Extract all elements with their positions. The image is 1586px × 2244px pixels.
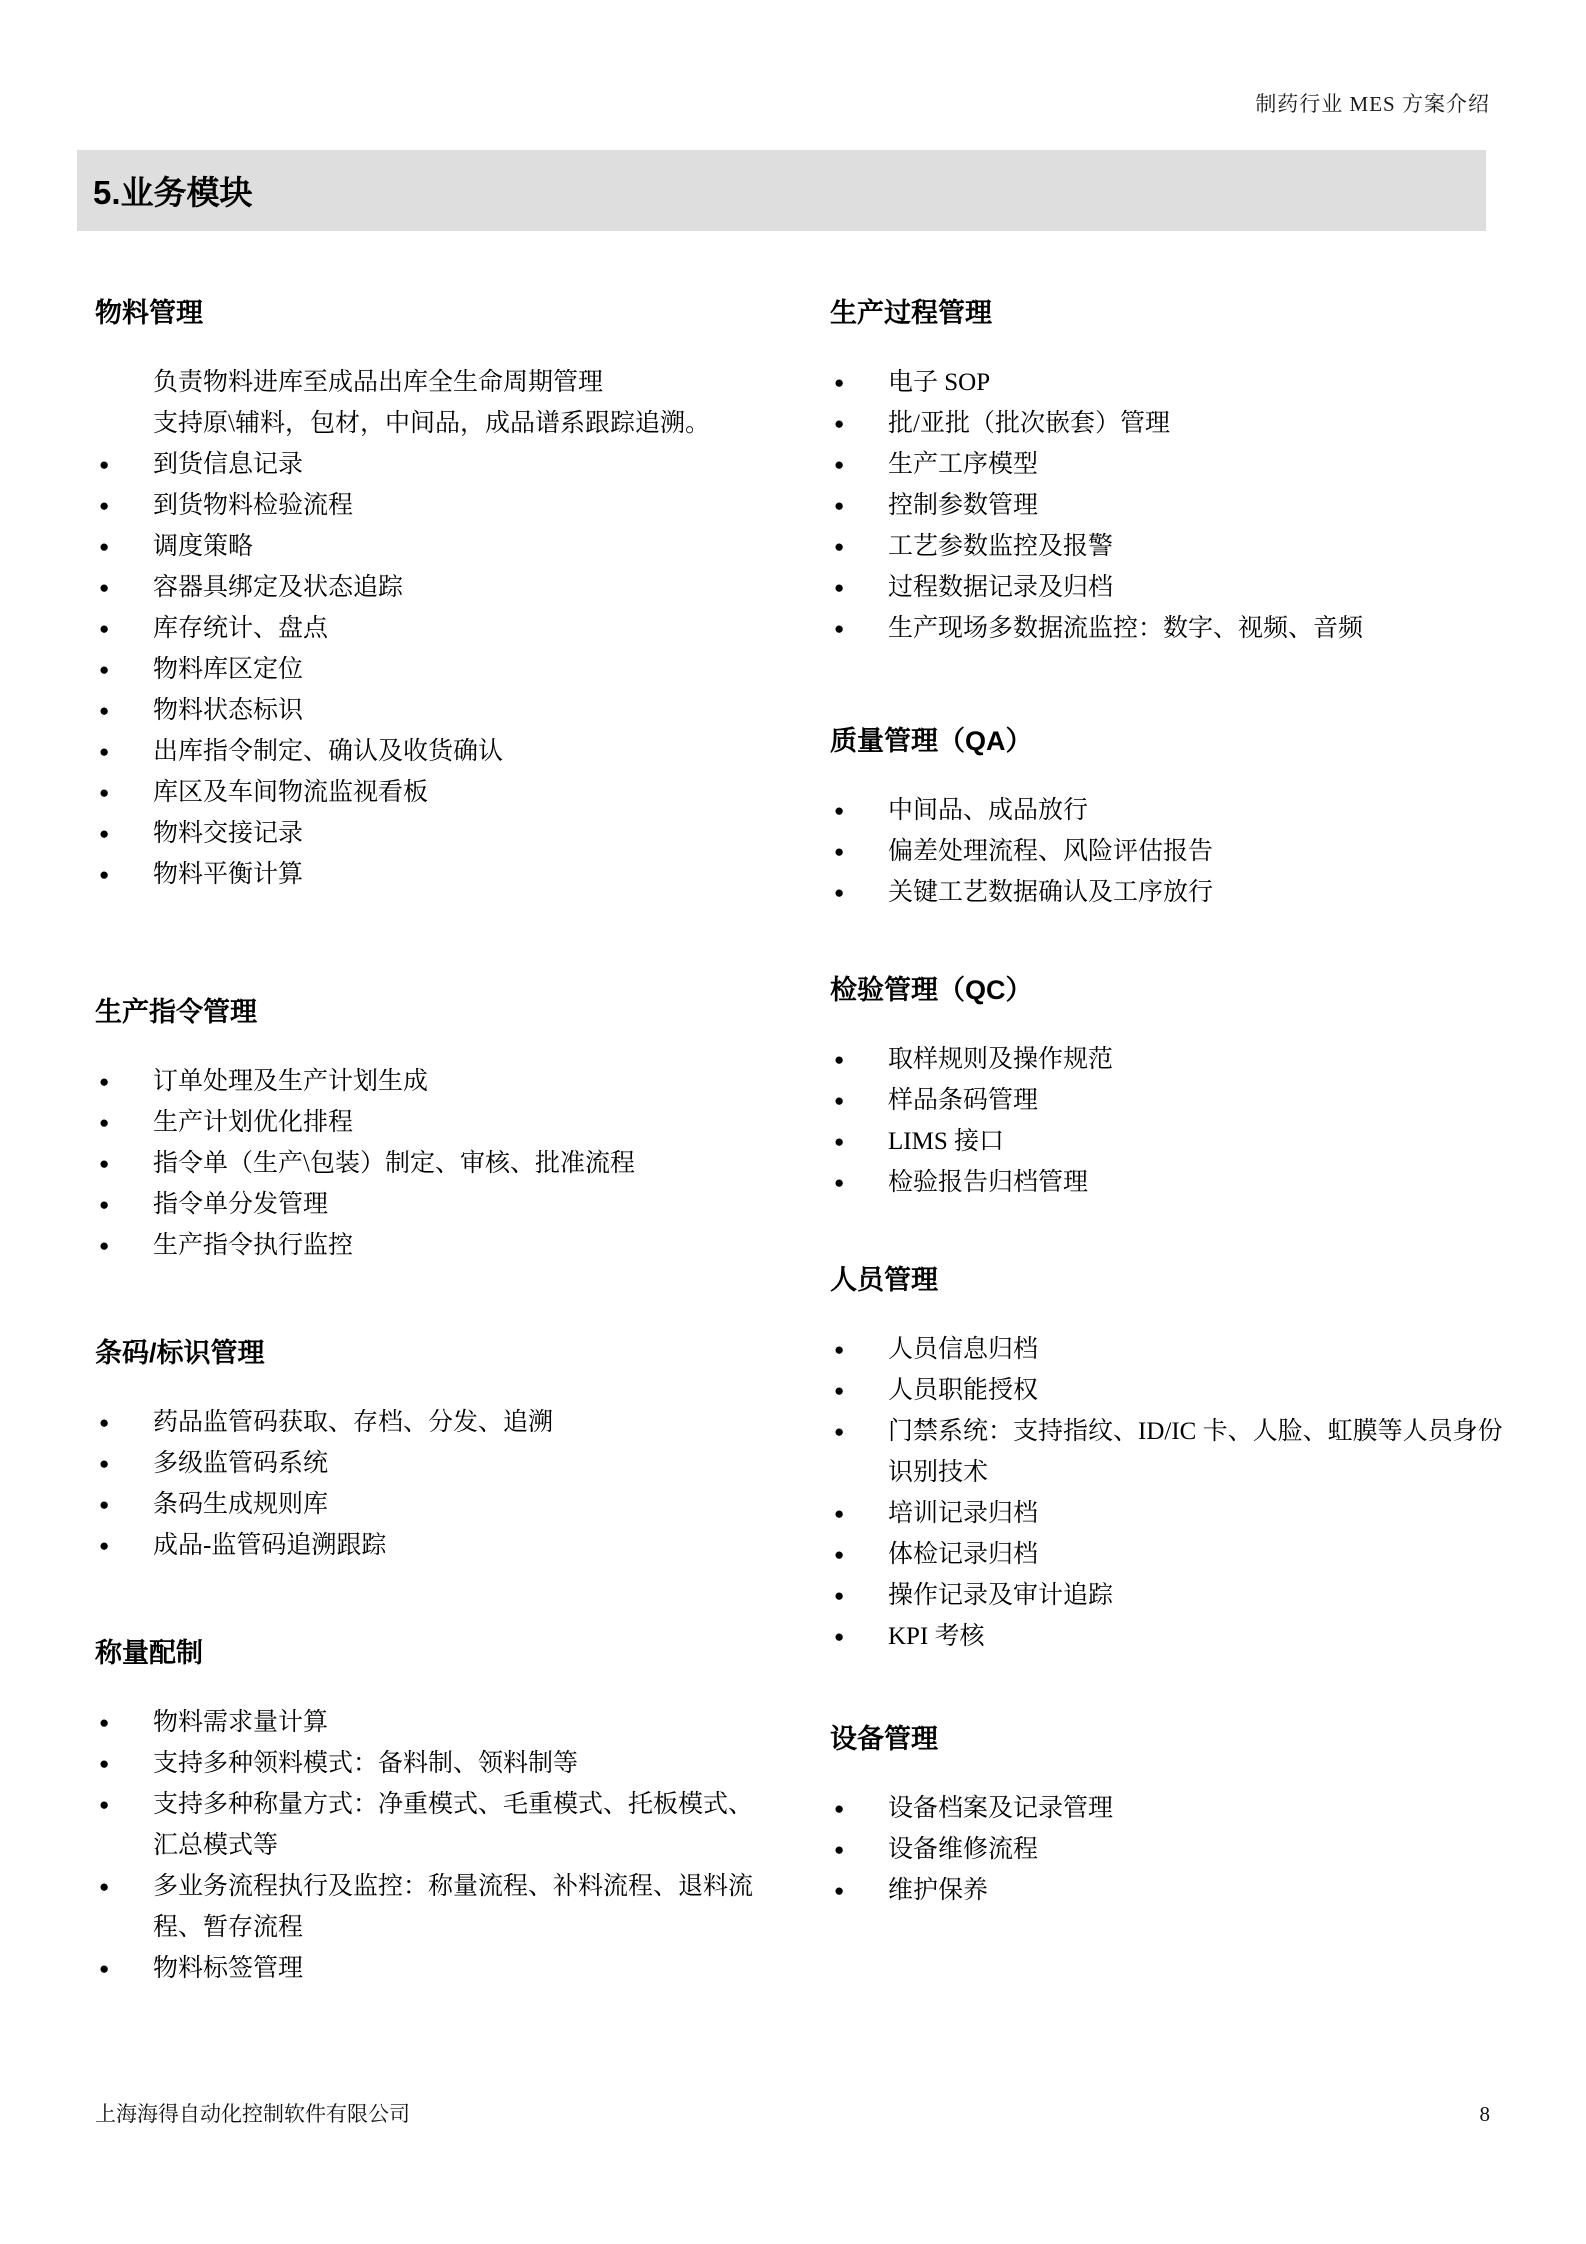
bullet-icon: ●	[834, 1616, 844, 1657]
bullet-item-label: 生产指令执行监控	[153, 1232, 353, 1259]
bullet-icon: ●	[834, 362, 844, 403]
bullet-icon: ●	[99, 690, 109, 731]
bullet-icon: ●	[99, 608, 109, 649]
bullet-item: ●检验报告归档管理	[830, 1162, 1512, 1203]
bullet-item: ●物料需求量计算	[95, 1702, 777, 1743]
bullet-item: ●出库指令制定、确认及收货确认	[95, 731, 777, 772]
bullet-item: ●人员职能授权	[830, 1370, 1512, 1411]
bullet-icon: ●	[99, 1102, 109, 1143]
bullet-item: ●批/亚批（批次嵌套）管理	[830, 403, 1512, 444]
bullet-item-label: 体检记录归档	[888, 1541, 1038, 1568]
bullet-icon: ●	[99, 1484, 109, 1525]
bullet-item: ●指令单分发管理	[95, 1184, 777, 1225]
bullet-item-label: 多业务流程执行及监控：称量流程、补料流程、退料流程、暂存流程	[153, 1873, 753, 1941]
bullet-icon: ●	[99, 485, 109, 526]
section-title: 质量管理（QA）	[830, 724, 1512, 758]
bullet-icon: ●	[834, 1080, 844, 1121]
bullet-icon: ●	[99, 1948, 109, 1989]
bullet-item: ●支持多种称量方式：净重模式、毛重模式、托板模式、汇总模式等	[95, 1784, 777, 1866]
bullet-item: ●生产指令执行监控	[95, 1225, 777, 1266]
bullet-item: ●支持多种领料模式：备料制、领料制等	[95, 1743, 777, 1784]
footer-company: 上海海得自动化控制软件有限公司	[95, 2098, 410, 2128]
section: 设备管理●设备档案及记录管理●设备维修流程●维护保养	[830, 1722, 1512, 1911]
bullet-icon: ●	[99, 772, 109, 813]
bullet-item-label: 到货物料检验流程	[153, 492, 353, 519]
bullet-icon: ●	[99, 567, 109, 608]
bullet-item: ●偏差处理流程、风险评估报告	[830, 831, 1512, 872]
bullet-icon: ●	[834, 872, 844, 913]
bullet-item-label: 库存统计、盘点	[153, 615, 328, 642]
document-page: 制药行业 MES 方案介绍 5.业务模块 物料管理负责物料进库至成品出库全生命周…	[0, 0, 1586, 2244]
right-column: 生产过程管理●电子 SOP●批/亚批（批次嵌套）管理●生产工序模型●控制参数管理…	[830, 0, 1512, 1911]
bullet-icon: ●	[834, 526, 844, 567]
bullet-icon: ●	[834, 1329, 844, 1370]
bullet-item: ●体检记录归档	[830, 1534, 1512, 1575]
bullet-item-label: 电子 SOP	[888, 369, 990, 396]
bullet-icon: ●	[834, 1162, 844, 1203]
bullet-item-label: 维护保养	[888, 1877, 988, 1904]
section-title: 称量配制	[95, 1636, 777, 1670]
bullet-item-label: 支持多种领料模式：备料制、领料制等	[153, 1750, 578, 1777]
bullet-icon: ●	[834, 1493, 844, 1534]
bullet-icon: ●	[99, 1784, 109, 1825]
bullet-item-label: 批/亚批（批次嵌套）管理	[888, 410, 1170, 437]
bullet-item: ●控制参数管理	[830, 485, 1512, 526]
section-title: 生产过程管理	[830, 296, 1512, 330]
section: 称量配制●物料需求量计算●支持多种领料模式：备料制、领料制等●支持多种称量方式：…	[95, 1636, 777, 1989]
bullet-item: ●订单处理及生产计划生成	[95, 1061, 777, 1102]
bullet-item: ●工艺参数监控及报警	[830, 526, 1512, 567]
bullet-item-label: 培训记录归档	[888, 1500, 1038, 1527]
section-title: 物料管理	[95, 296, 777, 330]
section: 检验管理（QC）●取样规则及操作规范●样品条码管理●LIMS 接口●检验报告归档…	[830, 973, 1512, 1203]
bullet-icon: ●	[834, 1411, 844, 1452]
section-title: 生产指令管理	[95, 995, 777, 1029]
bullet-item-label: 工艺参数监控及报警	[888, 533, 1113, 560]
bullet-icon: ●	[99, 813, 109, 854]
bullet-item: ●成品-监管码追溯跟踪	[95, 1525, 777, 1566]
bullet-item: ●容器具绑定及状态追踪	[95, 567, 777, 608]
bullet-item: ●物料库区定位	[95, 649, 777, 690]
bullet-item-label: 支持多种称量方式：净重模式、毛重模式、托板模式、汇总模式等	[153, 1791, 753, 1859]
bullet-item-label: 门禁系统：支持指纹、ID/IC 卡、人脸、虹膜等人员身份识别技术	[888, 1418, 1503, 1486]
bullet-item-label: 物料状态标识	[153, 697, 303, 724]
bullet-item: ●人员信息归档	[830, 1329, 1512, 1370]
bullet-item-label: 物料库区定位	[153, 656, 303, 683]
bullet-item-label: 药品监管码获取、存档、分发、追溯	[153, 1409, 553, 1436]
bullet-icon: ●	[834, 790, 844, 831]
bullet-icon: ●	[834, 608, 844, 649]
section: 生产过程管理●电子 SOP●批/亚批（批次嵌套）管理●生产工序模型●控制参数管理…	[830, 296, 1512, 649]
bullet-item: ●操作记录及审计追踪	[830, 1575, 1512, 1616]
left-column: 物料管理负责物料进库至成品出库全生命周期管理支持原\辅料，包材，中间品，成品谱系…	[95, 0, 777, 1989]
page-footer: 上海海得自动化控制软件有限公司 8	[95, 2098, 1490, 2128]
bullet-item-label: 过程数据记录及归档	[888, 574, 1113, 601]
bullet-item: ●电子 SOP	[830, 362, 1512, 403]
bullet-item-label: 订单处理及生产计划生成	[153, 1068, 428, 1095]
bullet-item-label: LIMS 接口	[888, 1128, 1004, 1155]
bullet-item-label: 容器具绑定及状态追踪	[153, 574, 403, 601]
bullet-item-label: 检验报告归档管理	[888, 1169, 1088, 1196]
bullet-icon: ●	[99, 1402, 109, 1443]
bullet-icon: ●	[834, 1788, 844, 1829]
bullet-item: ●培训记录归档	[830, 1493, 1512, 1534]
bullet-icon: ●	[99, 1061, 109, 1102]
bullet-icon: ●	[834, 1534, 844, 1575]
section: 条码/标识管理●药品监管码获取、存档、分发、追溯●多级监管码系统●条码生成规则库…	[95, 1336, 777, 1566]
bullet-icon: ●	[99, 1702, 109, 1743]
bullet-item: ●库区及车间物流监视看板	[95, 772, 777, 813]
bullet-icon: ●	[99, 526, 109, 567]
bullet-item: ●指令单（生产\包装）制定、审核、批准流程	[95, 1143, 777, 1184]
bullet-item: ●到货信息记录	[95, 444, 777, 485]
bullet-item: ●门禁系统：支持指纹、ID/IC 卡、人脸、虹膜等人员身份识别技术	[830, 1411, 1512, 1493]
bullet-item: ●药品监管码获取、存档、分发、追溯	[95, 1402, 777, 1443]
bullet-item-label: 取样规则及操作规范	[888, 1046, 1113, 1073]
bullet-item: ●物料状态标识	[95, 690, 777, 731]
bullet-item: ●生产计划优化排程	[95, 1102, 777, 1143]
bullet-item: ●物料标签管理	[95, 1948, 777, 1989]
bullet-item-label: 指令单（生产\包装）制定、审核、批准流程	[153, 1150, 635, 1177]
section-title: 人员管理	[830, 1263, 1512, 1297]
footer-page-number: 8	[1480, 2102, 1491, 2127]
intro-line: 支持原\辅料，包材，中间品，成品谱系跟踪追溯。	[95, 403, 777, 444]
bullet-item-label: 设备维修流程	[888, 1836, 1038, 1863]
bullet-icon: ●	[99, 1443, 109, 1484]
bullet-item-label: 指令单分发管理	[153, 1191, 328, 1218]
bullet-item-label: 人员信息归档	[888, 1336, 1038, 1363]
bullet-icon: ●	[99, 731, 109, 772]
bullet-icon: ●	[99, 1525, 109, 1566]
bullet-item-label: 人员职能授权	[888, 1377, 1038, 1404]
section-title: 设备管理	[830, 1722, 1512, 1756]
bullet-item: ●取样规则及操作规范	[830, 1039, 1512, 1080]
bullet-item-label: 样品条码管理	[888, 1087, 1038, 1114]
bullet-item-label: 出库指令制定、确认及收货确认	[153, 738, 503, 765]
bullet-item: ●到货物料检验流程	[95, 485, 777, 526]
bullet-icon: ●	[99, 1184, 109, 1225]
bullet-item: ●设备维修流程	[830, 1829, 1512, 1870]
bullet-item: ●设备档案及记录管理	[830, 1788, 1512, 1829]
bullet-icon: ●	[834, 1121, 844, 1162]
bullet-item-label: 生产计划优化排程	[153, 1109, 353, 1136]
bullet-item: ●生产现场多数据流监控：数字、视频、音频	[830, 608, 1512, 649]
bullet-item: ●维护保养	[830, 1870, 1512, 1911]
bullet-item-label: 库区及车间物流监视看板	[153, 779, 428, 806]
bullet-item-label: 生产现场多数据流监控：数字、视频、音频	[888, 615, 1363, 642]
bullet-icon: ●	[834, 567, 844, 608]
bullet-icon: ●	[834, 1370, 844, 1411]
bullet-item-label: 物料需求量计算	[153, 1709, 328, 1736]
bullet-icon: ●	[99, 854, 109, 895]
bullet-icon: ●	[834, 444, 844, 485]
bullet-icon: ●	[99, 1866, 109, 1907]
intro-line: 负责物料进库至成品出库全生命周期管理	[95, 362, 777, 403]
bullet-icon: ●	[99, 649, 109, 690]
bullet-icon: ●	[834, 403, 844, 444]
bullet-item: ●LIMS 接口	[830, 1121, 1512, 1162]
bullet-item-label: 调度策略	[153, 533, 253, 560]
bullet-item: ●调度策略	[95, 526, 777, 567]
bullet-item-label: 中间品、成品放行	[888, 797, 1088, 824]
bullet-item: ●过程数据记录及归档	[830, 567, 1512, 608]
bullet-icon: ●	[834, 1870, 844, 1911]
bullet-item-label: 生产工序模型	[888, 451, 1038, 478]
section: 质量管理（QA）●中间品、成品放行●偏差处理流程、风险评估报告●关键工艺数据确认…	[830, 724, 1512, 913]
bullet-icon: ●	[834, 1829, 844, 1870]
bullet-icon: ●	[834, 485, 844, 526]
bullet-item-label: 设备档案及记录管理	[888, 1795, 1113, 1822]
bullet-item: ●条码生成规则库	[95, 1484, 777, 1525]
bullet-icon: ●	[99, 444, 109, 485]
bullet-icon: ●	[834, 831, 844, 872]
bullet-item: ●关键工艺数据确认及工序放行	[830, 872, 1512, 913]
section: 物料管理负责物料进库至成品出库全生命周期管理支持原\辅料，包材，中间品，成品谱系…	[95, 296, 777, 895]
bullet-item-label: 控制参数管理	[888, 492, 1038, 519]
bullet-item: ●样品条码管理	[830, 1080, 1512, 1121]
bullet-item: ●中间品、成品放行	[830, 790, 1512, 831]
bullet-item-label: 物料标签管理	[153, 1955, 303, 1982]
bullet-item: ●库存统计、盘点	[95, 608, 777, 649]
bullet-item-label: 物料交接记录	[153, 820, 303, 847]
section-title: 条码/标识管理	[95, 1336, 777, 1370]
bullet-item: ●多业务流程执行及监控：称量流程、补料流程、退料流程、暂存流程	[95, 1866, 777, 1948]
bullet-item-label: 条码生成规则库	[153, 1491, 328, 1518]
bullet-item-label: 偏差处理流程、风险评估报告	[888, 838, 1213, 865]
bullet-item-label: 多级监管码系统	[153, 1450, 328, 1477]
section-title: 检验管理（QC）	[830, 973, 1512, 1007]
bullet-item-label: KPI 考核	[888, 1623, 985, 1650]
bullet-item-label: 操作记录及审计追踪	[888, 1582, 1113, 1609]
bullet-item: ●KPI 考核	[830, 1616, 1512, 1657]
bullet-item-label: 物料平衡计算	[153, 861, 303, 888]
bullet-icon: ●	[99, 1143, 109, 1184]
bullet-item-label: 到货信息记录	[153, 451, 303, 478]
bullet-item: ●物料平衡计算	[95, 854, 777, 895]
bullet-icon: ●	[834, 1039, 844, 1080]
bullet-item: ●生产工序模型	[830, 444, 1512, 485]
section: 人员管理●人员信息归档●人员职能授权●门禁系统：支持指纹、ID/IC 卡、人脸、…	[830, 1263, 1512, 1657]
bullet-item-label: 关键工艺数据确认及工序放行	[888, 879, 1213, 906]
bullet-item: ●多级监管码系统	[95, 1443, 777, 1484]
bullet-icon: ●	[99, 1743, 109, 1784]
bullet-item: ●物料交接记录	[95, 813, 777, 854]
bullet-item-label: 成品-监管码追溯跟踪	[153, 1532, 386, 1559]
bullet-icon: ●	[834, 1575, 844, 1616]
section: 生产指令管理●订单处理及生产计划生成●生产计划优化排程●指令单（生产\包装）制定…	[95, 995, 777, 1266]
bullet-icon: ●	[99, 1225, 109, 1266]
